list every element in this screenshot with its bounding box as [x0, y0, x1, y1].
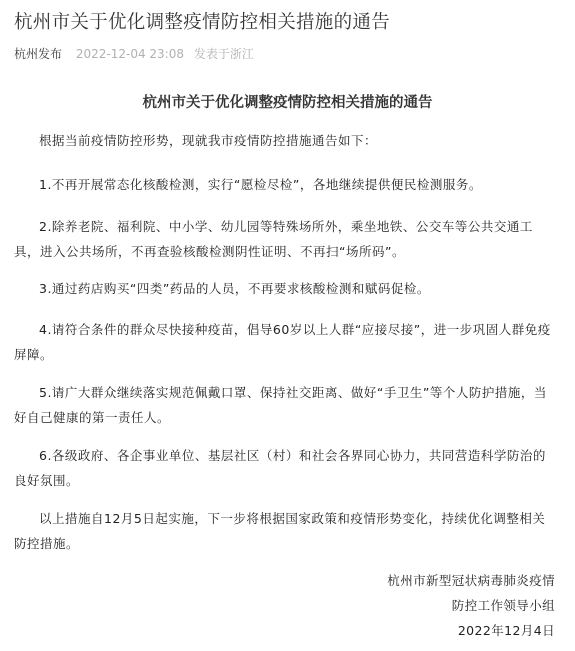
author-link[interactable]: 杭州发布 — [14, 47, 62, 61]
signature-org-line1: 杭州市新型冠状病毒肺炎疫情 — [387, 568, 555, 593]
signature-block: 杭州市新型冠状病毒肺炎疫情 防控工作领导小组 2022年12月4日 — [387, 568, 555, 643]
signature-org-line2: 防控工作领导小组 — [387, 593, 555, 618]
measure-item-5: 5.请广大群众继续落实规范佩戴口罩、保持社交距离、做好“手卫生”等个人防护措施，… — [14, 380, 556, 430]
measure-item-1: 1.不再开展常态化核酸检测，实行“愿检尽检”，各地继续提供便民检测服务。 — [14, 172, 556, 197]
measure-item-3: 3.通过药店购买“四类”药品的人员，不再要求核酸检测和赋码促检。 — [14, 276, 556, 301]
article-meta: 杭州发布 2022-12-04 23:08 发表于浙江 — [14, 45, 254, 62]
document-heading: 杭州市关于优化调整疫情防控相关措施的通告 — [0, 91, 575, 112]
publish-location: 发表于浙江 — [194, 47, 254, 61]
measure-item-6: 6.各级政府、各企事业单位、基层社区（村）和社会各界同心协力，共同营造科学防治的… — [14, 443, 556, 493]
measure-item-2: 2.除养老院、福利院、中小学、幼儿园等特殊场所外，乘坐地铁、公交车等公共交通工具… — [14, 214, 556, 264]
closing-paragraph: 以上措施自12月5日起实施，下一步将根据国家政策和疫情形势变化，持续优化调整相关… — [14, 506, 556, 556]
measure-item-4: 4.请符合条件的群众尽快接种疫苗，倡导60岁以上人群“应接尽接”，进一步巩固人群… — [14, 317, 556, 367]
article-title: 杭州市关于优化调整疫情防控相关措施的通告 — [14, 8, 390, 34]
intro-paragraph: 根据当前疫情防控形势，现就我市疫情防控措施通告如下： — [14, 128, 556, 153]
signature-date: 2022年12月4日 — [387, 618, 555, 643]
publish-time: 2022-12-04 23:08 — [76, 47, 184, 61]
